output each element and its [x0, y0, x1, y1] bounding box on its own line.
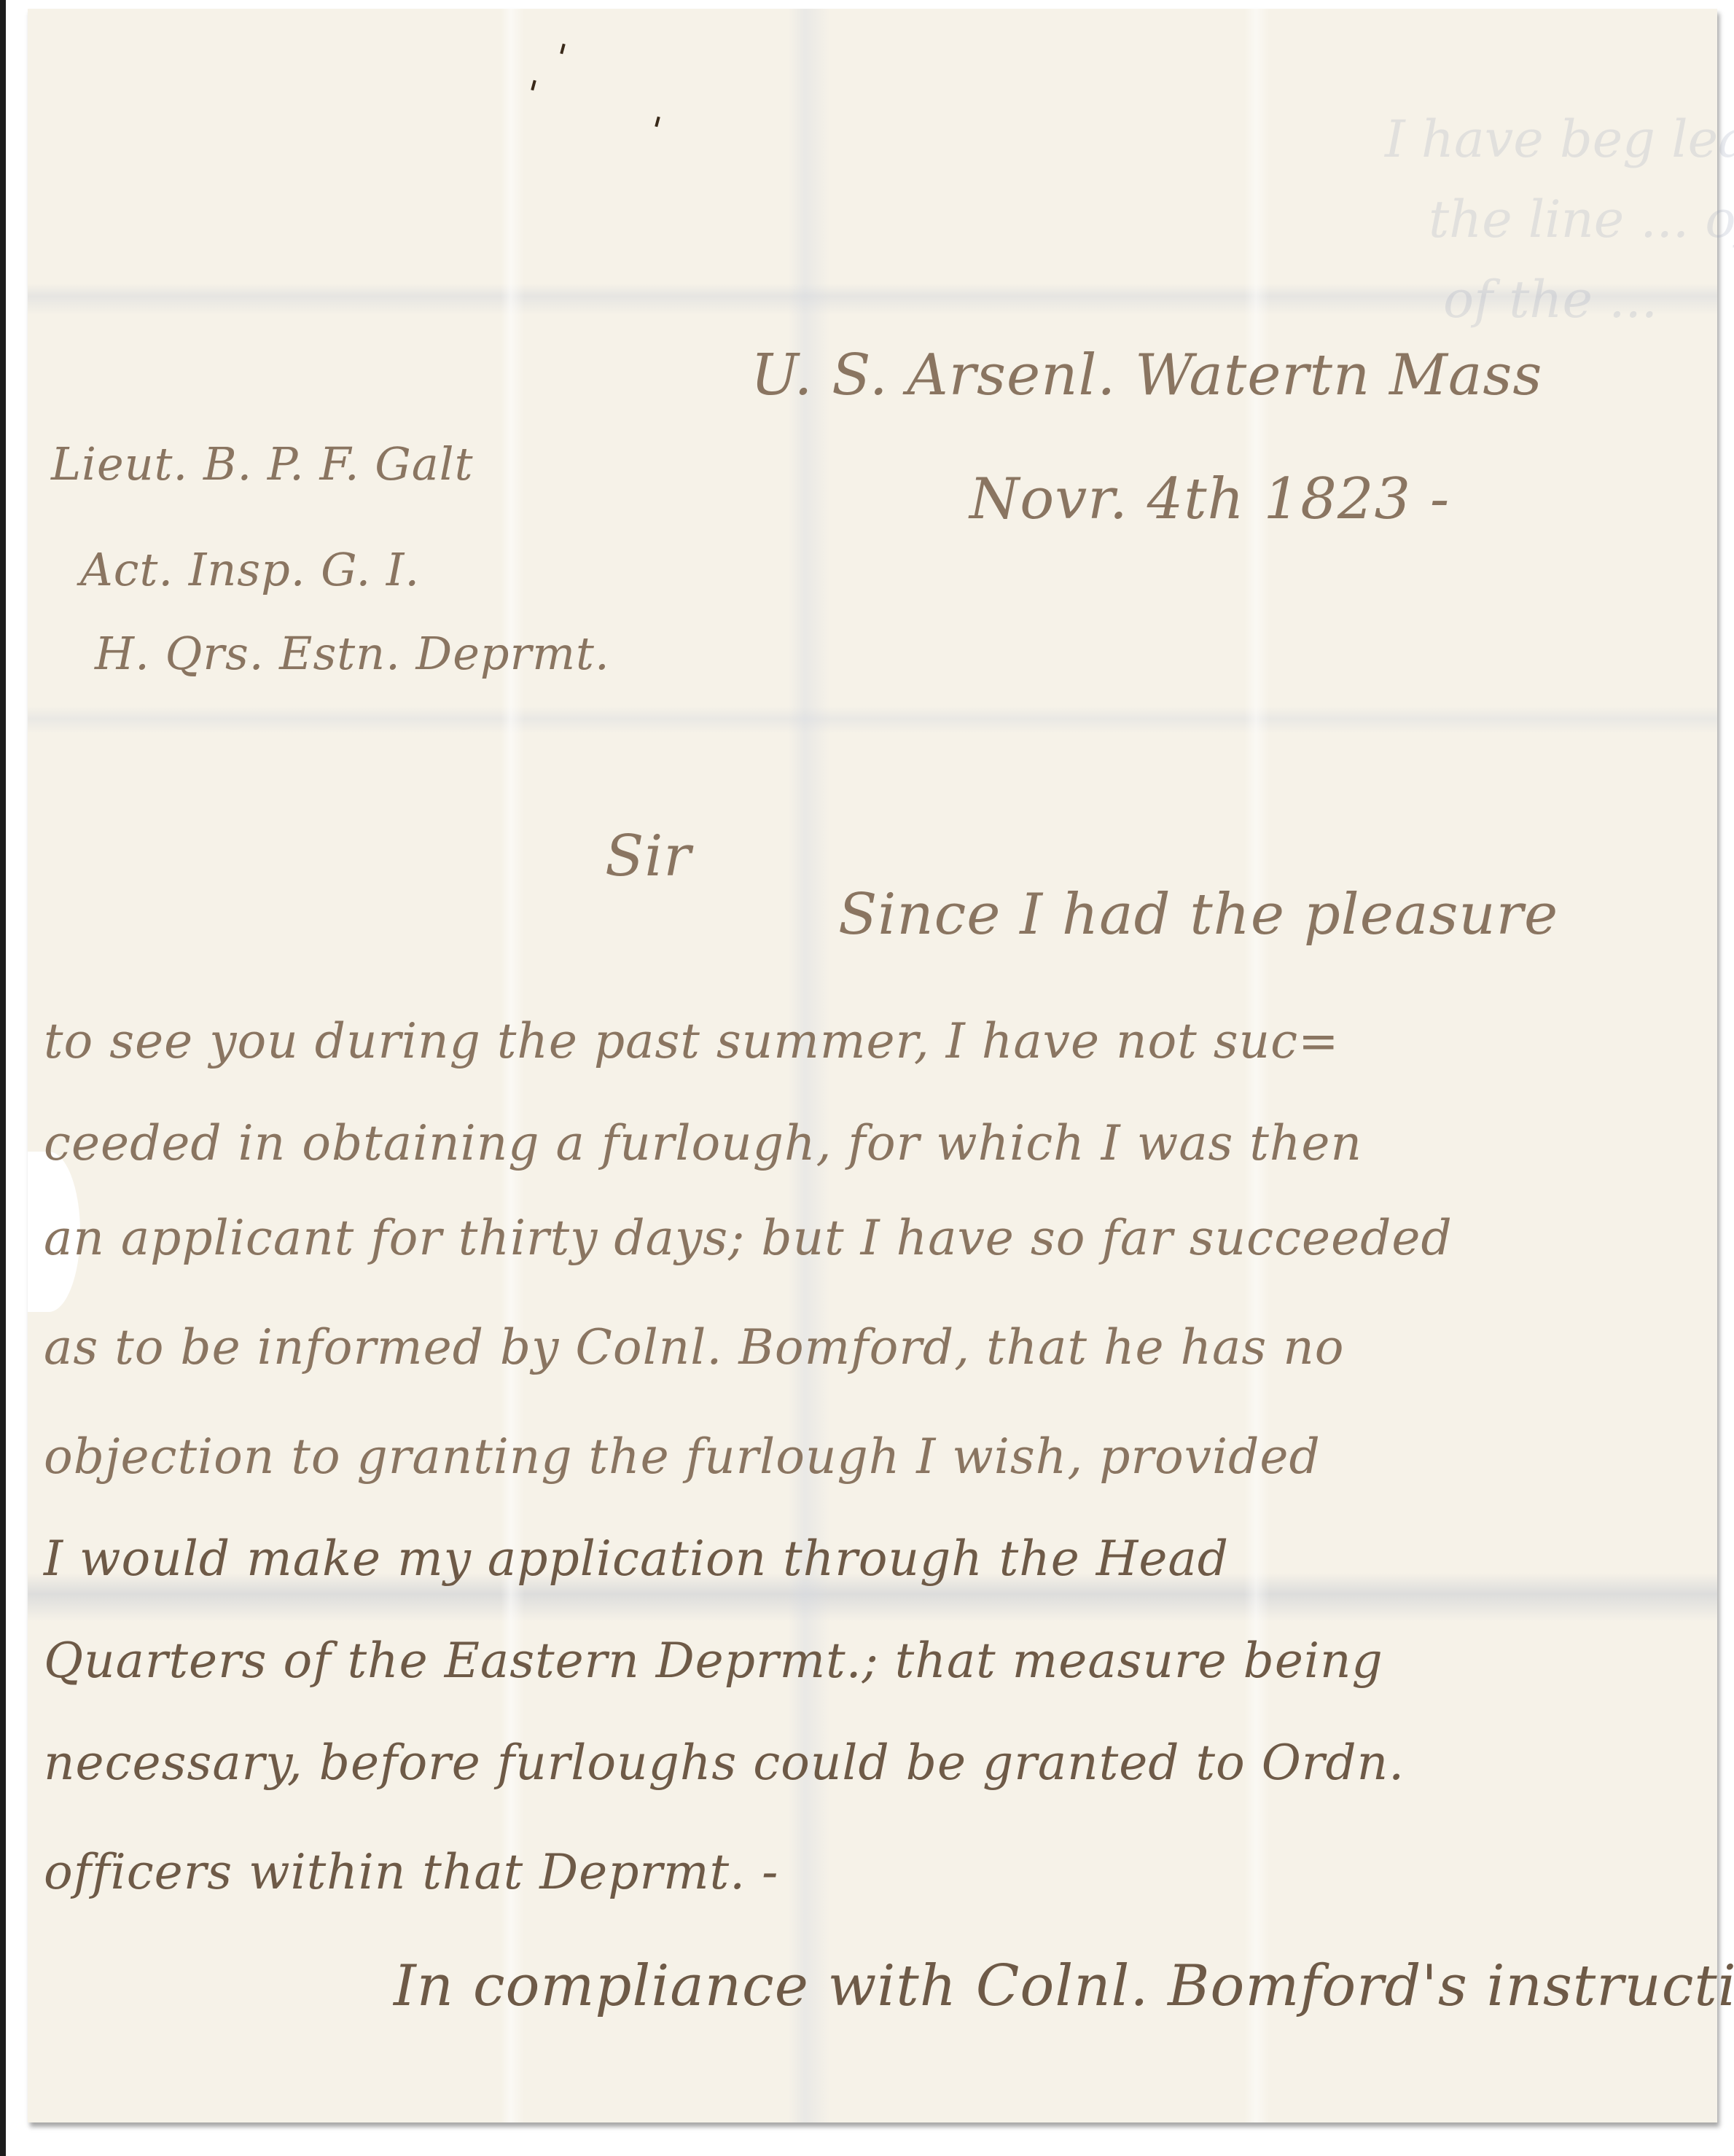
body-line-1: Since I had the pleasure	[838, 882, 1558, 948]
addressee-line-1: Lieut. B. P. F. Galt	[51, 437, 474, 491]
letter-place: U. S. Arsenl. Watertn Mass	[751, 343, 1542, 408]
body-line-9: necessary, before furloughs could be gra…	[44, 1735, 1405, 1791]
bleed-through-line-3: of the ...	[1443, 270, 1657, 329]
body-line-5: as to be informed by Colnl. Bomford, tha…	[44, 1319, 1344, 1375]
addressee-line-2: Act. Insp. G. I.	[80, 543, 420, 596]
letter-date: Novr. 4th 1823 -	[969, 466, 1450, 532]
body-line-2: to see you during the past summer, I hav…	[44, 1013, 1339, 1069]
body-line-11: In compliance with Colnl. Bomford's inst…	[394, 1953, 1734, 2019]
body-line-6: objection to granting the furlough I wis…	[44, 1429, 1321, 1485]
bleed-through-line-1: I have beg leave to make the... through	[1385, 109, 1734, 169]
body-line-4: an applicant for thirty days; but I have…	[44, 1210, 1453, 1266]
body-line-7: I would make my application through the …	[44, 1531, 1229, 1587]
addressee-line-3: H. Qrs. Estn. Deprmt.	[95, 627, 610, 680]
body-line-8: Quarters of the Eastern Deprmt.; that me…	[44, 1633, 1383, 1689]
bleed-through-line-2: the line ... of the ... for...	[1429, 190, 1734, 249]
salutation: Sir	[605, 824, 692, 889]
body-line-10: officers within that Deprmt. -	[44, 1844, 778, 1900]
scan-edge-bar	[0, 0, 6, 2156]
body-line-3: ceeded in obtaining a furlough, for whic…	[44, 1115, 1362, 1171]
